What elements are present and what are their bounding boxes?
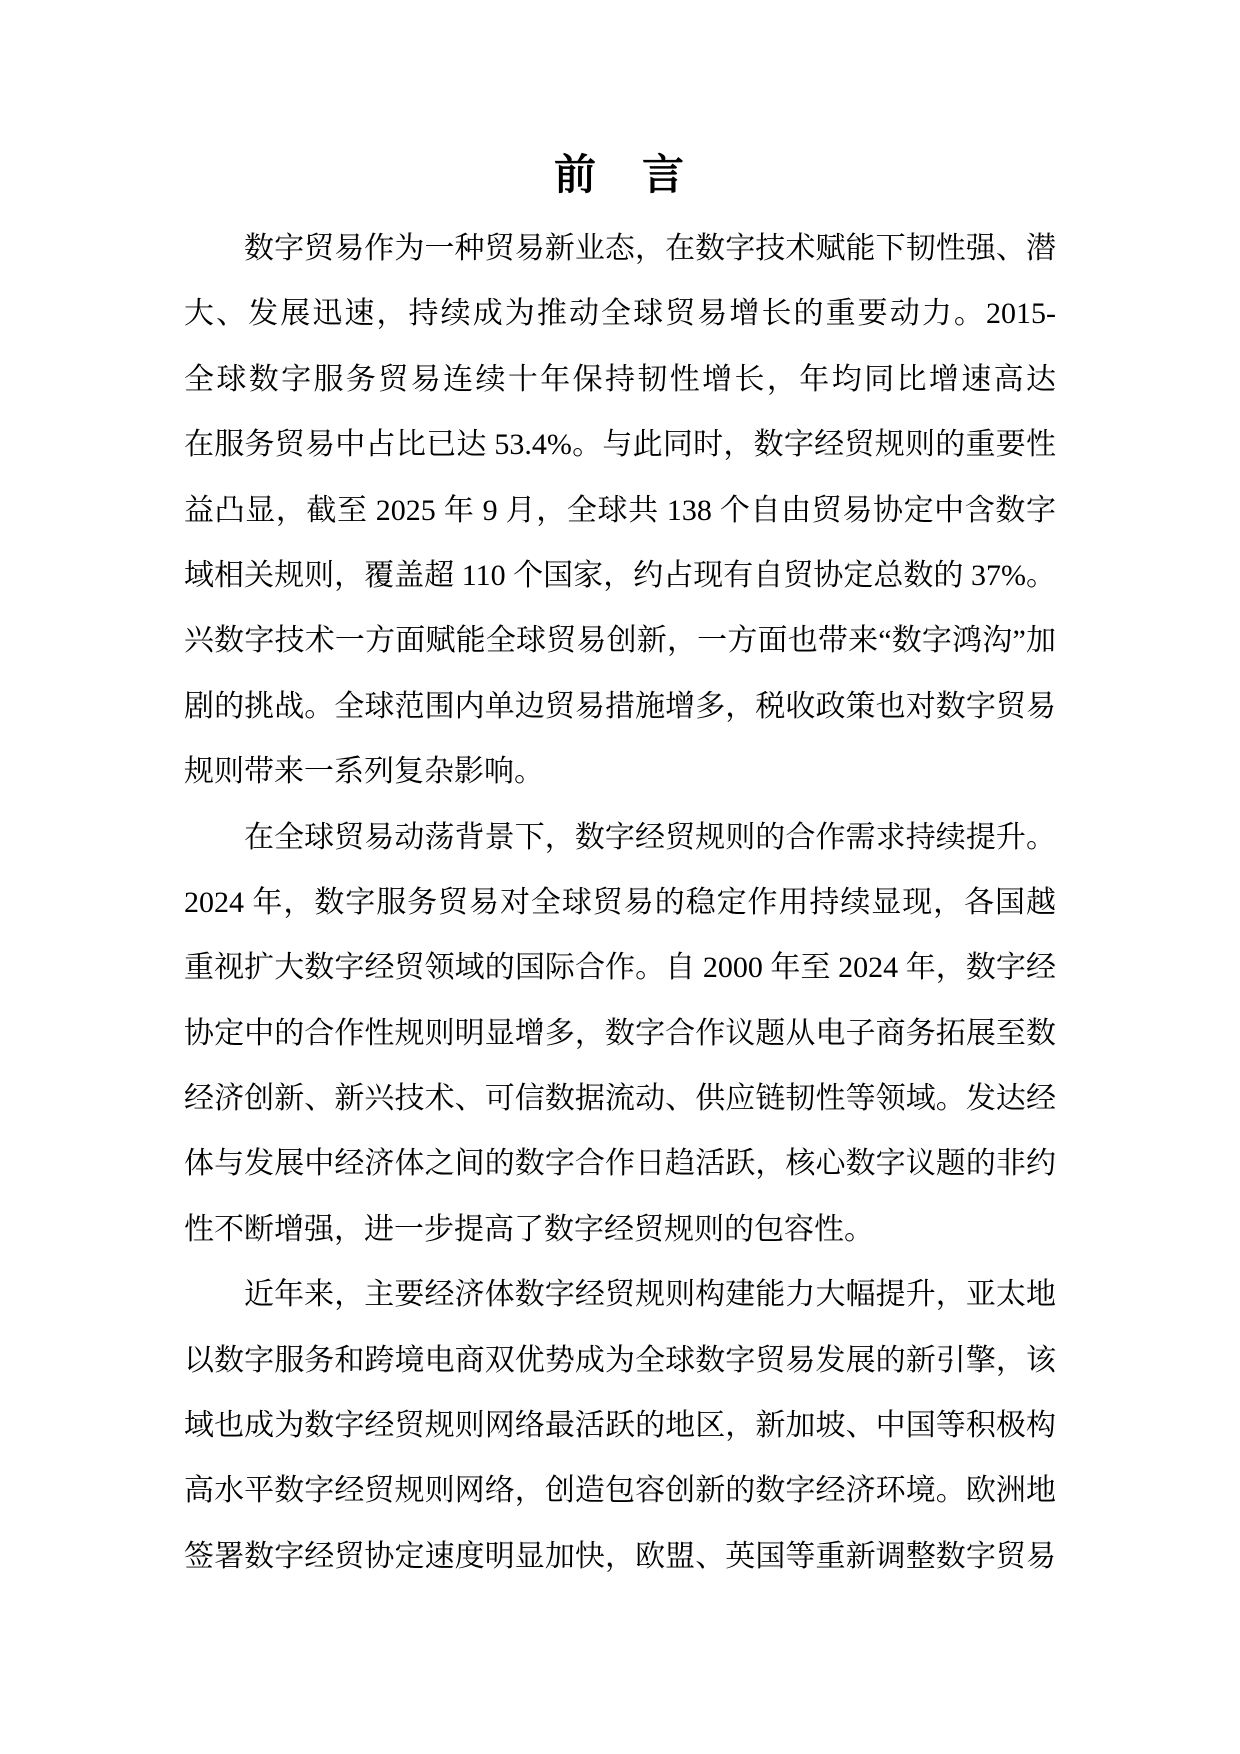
paragraph-3: 近年来，主要经济体数字经贸规则构建能力大幅提升，亚太地区 以数字服务和跨境电商双… [184, 1262, 1056, 1589]
text-line: 2024 年，数字服务贸易对全球贸易的稳定作用持续显现，各国越来越 [184, 870, 1056, 935]
text-line: 兴数字技术一方面赋能全球贸易创新，一方面也带来“数字鸿沟”加 [184, 608, 1056, 673]
text-line: 经济创新、新兴技术、可信数据流动、供应链韧性等领域。发达经济 [184, 1066, 1056, 1131]
text-line: 益凸显，截至 2025 年 9 月，全球共 138 个自由贸易协定中含数字领 [184, 478, 1056, 543]
text-line: 以数字服务和跨境电商双优势成为全球数字贸易发展的新引擎，该区 [184, 1328, 1056, 1393]
text-line: 性不断增强，进一步提高了数字经贸规则的包容性。 [184, 1197, 1056, 1262]
preface-title: 前 言 [184, 140, 1056, 210]
document-page: 前 言 数字贸易作为一种贸易新业态，在数字技术赋能下韧性强、潜力 大、发展迅速，… [0, 0, 1240, 1754]
text-line: 域相关规则，覆盖超 110 个国家，约占现有自贸协定总数的 37%。新 [184, 543, 1056, 608]
text-line: 规则带来一系列复杂影响。 [184, 739, 1056, 804]
paragraph-1: 数字贸易作为一种贸易新业态，在数字技术赋能下韧性强、潜力 大、发展迅速，持续成为… [184, 216, 1056, 805]
text-line: 在全球贸易动荡背景下，数字经贸规则的合作需求持续提升。 [184, 805, 1056, 870]
text-line: 大、发展迅速，持续成为推动全球贸易增长的重要动力。2015-2024 年， [184, 281, 1056, 346]
text-line: 签署数字经贸协定速度明显加快，欧盟、英国等重新调整数字贸易战 [184, 1524, 1056, 1589]
text-line: 体与发展中经济体之间的数字合作日趋活跃，核心数字议题的非约束 [184, 1131, 1056, 1196]
text-line: 在服务贸易中占比已达 53.4%。与此同时，数字经贸规则的重要性日 [184, 412, 1056, 477]
text-line: 全球数字服务贸易连续十年保持韧性增长，年均同比增速高达 8.9%， [184, 347, 1056, 412]
text-line: 域也成为数字经贸规则网络最活跃的地区，新加坡、中国等积极构建 [184, 1393, 1056, 1458]
text-line: 近年来，主要经济体数字经贸规则构建能力大幅提升，亚太地区 [184, 1262, 1056, 1327]
paragraph-2: 在全球贸易动荡背景下，数字经贸规则的合作需求持续提升。 2024 年，数字服务贸… [184, 805, 1056, 1263]
text-line: 重视扩大数字经贸领域的国际合作。自 2000 年至 2024 年，数字经贸 [184, 935, 1056, 1000]
text-line: 协定中的合作性规则明显增多，数字合作议题从电子商务拓展至数字 [184, 1001, 1056, 1066]
document-body: 数字贸易作为一种贸易新业态，在数字技术赋能下韧性强、潜力 大、发展迅速，持续成为… [184, 216, 1056, 1589]
text-line: 数字贸易作为一种贸易新业态，在数字技术赋能下韧性强、潜力 [184, 216, 1056, 281]
text-line: 高水平数字经贸规则网络，创造包容创新的数字经济环境。欧洲地区 [184, 1458, 1056, 1523]
text-line: 剧的挑战。全球范围内单边贸易措施增多，税收政策也对数字贸易和 [184, 674, 1056, 739]
